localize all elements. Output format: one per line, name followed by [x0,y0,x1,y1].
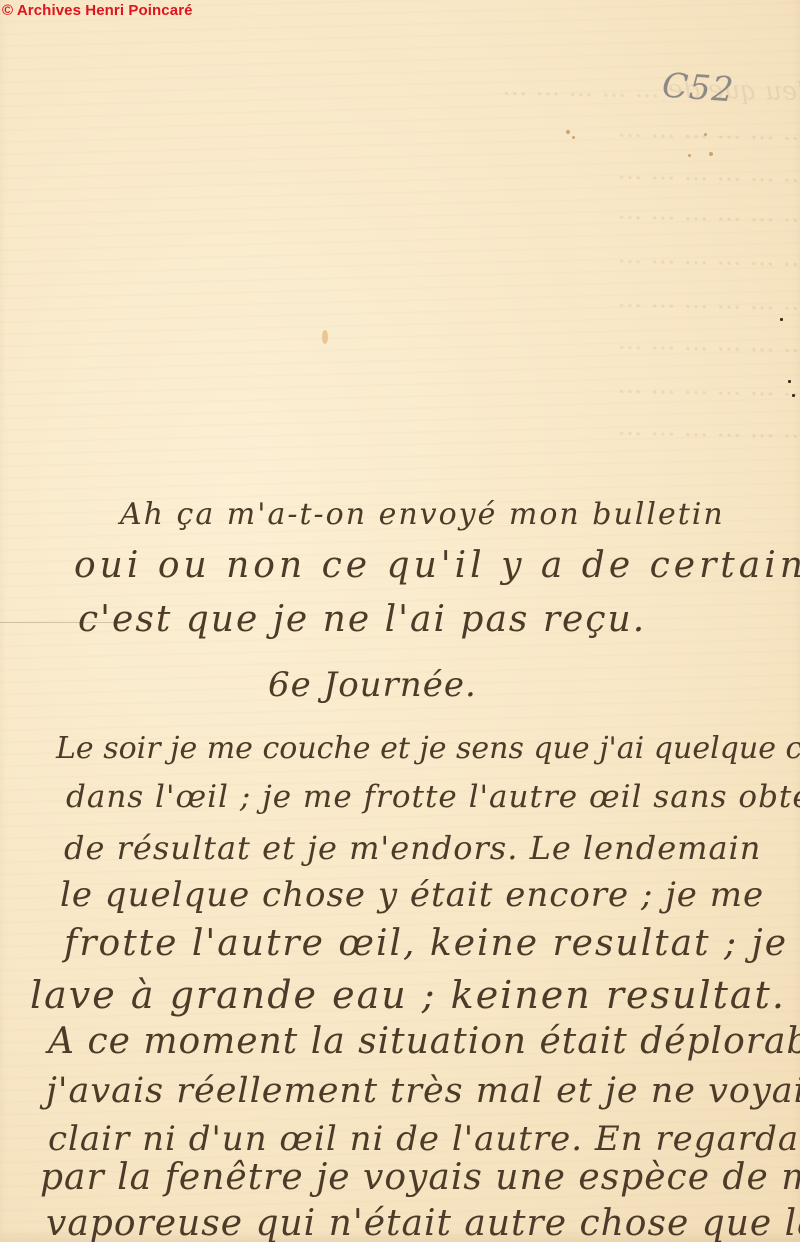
handwritten-line: A ce moment la situation était déplorabl… [48,1024,800,1060]
bleed-line: ... ... ... ... ... ... [8,273,800,317]
handwritten-line: de résultat et je m'endors. Le lendemain [64,832,761,864]
bleed-line: ... ... ... ... ... ... [8,185,800,229]
handwritten-line: j'avais réellement très mal et je ne voy… [46,1074,800,1109]
copyright-watermark: © Archives Henri Poincaré [2,1,193,21]
handwritten-line: Le soir je me couche et je sens que j'ai… [56,734,800,764]
bleed-line: ... ... ... ... ... ... [8,315,800,359]
handwritten-line: clair ni d'un œil ni de l'autre. En rega… [48,1122,800,1156]
ink-spot [572,136,575,139]
handwritten-line: oui ou non ce qu'il y a de certain [74,548,800,584]
ink-spot [566,130,570,134]
foxing-stain [322,330,328,344]
handwritten-line: vaporeuse qui n'était autre chose que la [46,1206,800,1242]
bleed-line: ... ... ... ... ... ... [8,401,800,445]
handwritten-line: frotte l'autre œil, keine resultat ; je … [64,926,800,962]
bleed-line: ... ... ... ... ... ... [8,359,800,403]
edge-mark [792,394,795,397]
manuscript-page: Jeu que de ... ... ... ... ... ... ... .… [0,0,800,1242]
bleed-line: ... ... ... ... ... ... [8,103,800,147]
edge-mark [788,380,791,383]
bleed-line: ... ... ... ... ... ... [8,145,800,189]
edge-mark [780,318,783,321]
handwritten-line: dans l'œil ; je me frotte l'autre œil sa… [66,782,800,813]
scan-border [0,1242,800,1255]
bleed-line: ... ... ... ... ... ... [8,229,800,273]
ink-spot [688,154,691,157]
handwritten-line: c'est que je ne l'ai pas reçu. [78,602,646,638]
ink-spot [709,152,713,156]
section-heading: 6e Journée. [268,668,477,702]
handwritten-line: Ah ça m'a-t-on envoyé mon bulletin [120,500,725,530]
ink-spot [704,133,707,136]
handwritten-line: par la fenêtre je voyais une espèce de m… [40,1160,800,1196]
handwritten-line: le quelque chose y était encore ; je me [60,878,764,912]
catalog-number: C52 [661,66,736,111]
handwritten-line: lave à grande eau ; keinen resultat. [30,976,786,1014]
